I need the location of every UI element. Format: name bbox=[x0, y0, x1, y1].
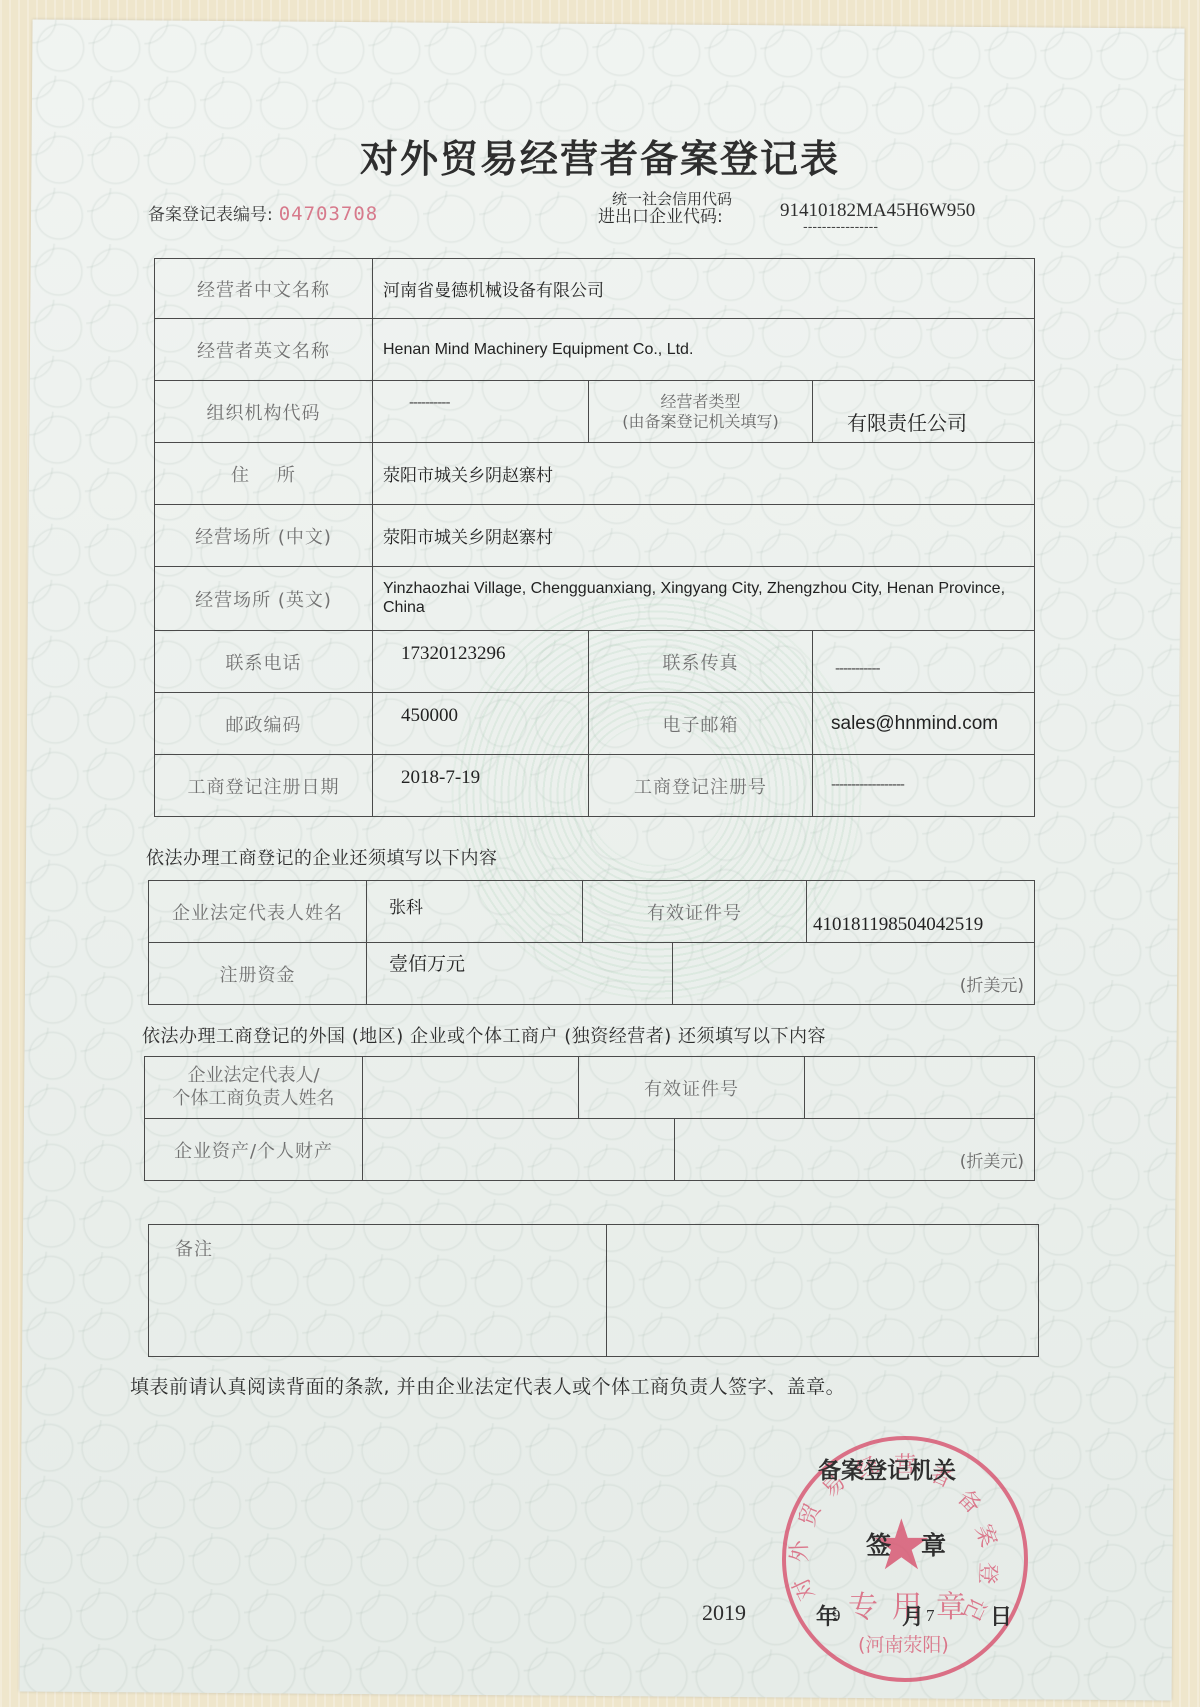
business-place-en-value: Yinzhaozhai Village, Chengguanxiang, Xin… bbox=[373, 567, 1035, 631]
record-number-value: 04703708 bbox=[279, 203, 379, 225]
cn-name-label: 经营者中文名称 bbox=[155, 259, 373, 319]
date-day-value: 7 bbox=[926, 1606, 935, 1626]
foreign-enterprise-table: 企业法定代表人/ 个体工商负责人姓名 有效证件号 企业资产/个人财产 (折美元) bbox=[144, 1056, 1035, 1181]
credit-code-value: 91410182MA45H6W950 bbox=[780, 200, 975, 222]
record-number-label: 备案登记表编号: bbox=[148, 205, 273, 225]
postcode-value: 450000 bbox=[373, 693, 589, 755]
capital-usd-label: (折美元) bbox=[673, 943, 1035, 1005]
date-month-value: 9 bbox=[832, 1606, 841, 1626]
foreign-rep-label-line1: 企业法定代表人/ bbox=[155, 1065, 352, 1088]
foreign-id-value bbox=[805, 1057, 1035, 1119]
fax-value: ----------- bbox=[813, 631, 1035, 693]
business-place-en-label: 经营场所 (英文) bbox=[155, 567, 373, 631]
reg-date-value: 2018-7-19 bbox=[373, 755, 589, 817]
domicile-label: 住 所 bbox=[155, 443, 373, 505]
table-row: 注册资金 壹佰万元 (折美元) bbox=[149, 943, 1035, 1005]
operator-type-title: 经营者类型 bbox=[599, 392, 802, 412]
email-label: 电子邮箱 bbox=[589, 693, 813, 755]
assets-value bbox=[363, 1119, 675, 1181]
foreign-rep-value bbox=[363, 1057, 579, 1119]
section1-heading: 依法办理工商登记的企业还须填写以下内容 bbox=[146, 844, 498, 870]
operator-type-label: 经营者类型 (由备案登记机关填写) bbox=[589, 381, 813, 443]
table-row: 经营者英文名称 Henan Mind Machinery Equipment C… bbox=[155, 319, 1035, 381]
table-row: 联系电话 17320123296 联系传真 ----------- bbox=[155, 631, 1035, 693]
id-number-value: 410181198504042519 bbox=[807, 881, 1035, 943]
cn-name-value: 河南省曼德机械设备有限公司 bbox=[373, 259, 1035, 319]
table-row: 企业资产/个人财产 (折美元) bbox=[145, 1119, 1035, 1181]
business-place-cn-label: 经营场所 (中文) bbox=[155, 505, 373, 567]
remarks-value bbox=[607, 1225, 1039, 1357]
table-row: 工商登记注册日期 2018-7-19 工商登记注册号 -------------… bbox=[155, 755, 1035, 817]
section2-heading: 依法办理工商登记的外国 (地区) 企业或个体工商户 (独资经营者) 还须填写以下… bbox=[142, 1022, 826, 1048]
table-row: 邮政编码 450000 电子邮箱 sales@hnmind.com bbox=[155, 693, 1035, 755]
en-name-value: Henan Mind Machinery Equipment Co., Ltd. bbox=[373, 319, 1035, 381]
legal-rep-label: 企业法定代表人姓名 bbox=[149, 881, 367, 943]
table-row: 住 所 荥阳市城关乡阴赵寨村 bbox=[155, 443, 1035, 505]
credit-code-underline: ---------------- bbox=[803, 220, 878, 235]
table-row: 经营场所 (英文) Yinzhaozhai Village, Chengguan… bbox=[155, 567, 1035, 631]
email-value[interactable]: sales@hnmind.com bbox=[813, 693, 1035, 755]
phone-label: 联系电话 bbox=[155, 631, 373, 693]
record-number: 备案登记表编号:04703708 bbox=[148, 200, 378, 225]
capital-label: 注册资金 bbox=[149, 943, 367, 1005]
foreign-rep-label-line2: 个体工商负责人姓名 bbox=[155, 1088, 352, 1111]
business-place-cn-value: 荥阳市城关乡阴赵寨村 bbox=[373, 505, 1035, 567]
reg-date-label: 工商登记注册日期 bbox=[155, 755, 373, 817]
foreign-rep-label: 企业法定代表人/ 个体工商负责人姓名 bbox=[145, 1057, 363, 1119]
table-row: 经营场所 (中文) 荥阳市城关乡阴赵寨村 bbox=[155, 505, 1035, 567]
org-code-value: ---------- bbox=[373, 381, 589, 443]
foreign-id-label: 有效证件号 bbox=[579, 1057, 805, 1119]
main-info-table: 经营者中文名称 河南省曼德机械设备有限公司 经营者英文名称 Henan Mind… bbox=[154, 258, 1035, 817]
registration-authority-label: 备案登记机关 bbox=[818, 1452, 956, 1485]
reg-number-value: ------------------ bbox=[813, 755, 1035, 817]
remarks-table: 备注 bbox=[148, 1224, 1039, 1357]
seal-label: 签章 bbox=[866, 1526, 976, 1562]
credit-code-label: 进出口企业代码: bbox=[598, 202, 723, 227]
date-day-char: 日 bbox=[990, 1600, 1012, 1631]
date-year: 2019 bbox=[702, 1600, 746, 1626]
org-code-label: 组织机构代码 bbox=[155, 381, 373, 443]
reg-number-label: 工商登记注册号 bbox=[589, 755, 813, 817]
phone-value: 17320123296 bbox=[373, 631, 589, 693]
enterprise-table: 企业法定代表人姓名 张科 有效证件号 410181198504042519 注册… bbox=[148, 880, 1035, 1005]
postcode-label: 邮政编码 bbox=[155, 693, 373, 755]
domicile-value: 荥阳市城关乡阴赵寨村 bbox=[373, 443, 1035, 505]
fax-label: 联系传真 bbox=[589, 631, 813, 693]
stamp-place: (河南荥阳) bbox=[858, 1630, 949, 1657]
table-row: 组织机构代码 ---------- 经营者类型 (由备案登记机关填写) 有限责任… bbox=[155, 381, 1035, 443]
capital-value: 壹佰万元 bbox=[367, 943, 673, 1005]
operator-type-note: (由备案登记机关填写) bbox=[599, 412, 802, 432]
remarks-label: 备注 bbox=[149, 1225, 607, 1357]
table-row: 经营者中文名称 河南省曼德机械设备有限公司 bbox=[155, 259, 1035, 319]
en-name-label: 经营者英文名称 bbox=[155, 319, 373, 381]
notice-text: 填表前请认真阅读背面的条款, 并由企业法定代表人或个体工商负责人签字、盖章。 bbox=[130, 1372, 845, 1399]
assets-label: 企业资产/个人财产 bbox=[145, 1119, 363, 1181]
date-month-char: 月 bbox=[902, 1600, 924, 1631]
table-row: 企业法定代表人姓名 张科 有效证件号 410181198504042519 bbox=[149, 881, 1035, 943]
assets-usd-label: (折美元) bbox=[675, 1119, 1035, 1181]
id-number-label: 有效证件号 bbox=[583, 881, 807, 943]
table-row: 企业法定代表人/ 个体工商负责人姓名 有效证件号 bbox=[145, 1057, 1035, 1119]
page-title: 对外贸易经营者备案登记表 bbox=[0, 128, 1200, 183]
operator-type-value: 有限责任公司 bbox=[813, 381, 1035, 443]
legal-rep-value: 张科 bbox=[367, 881, 583, 943]
